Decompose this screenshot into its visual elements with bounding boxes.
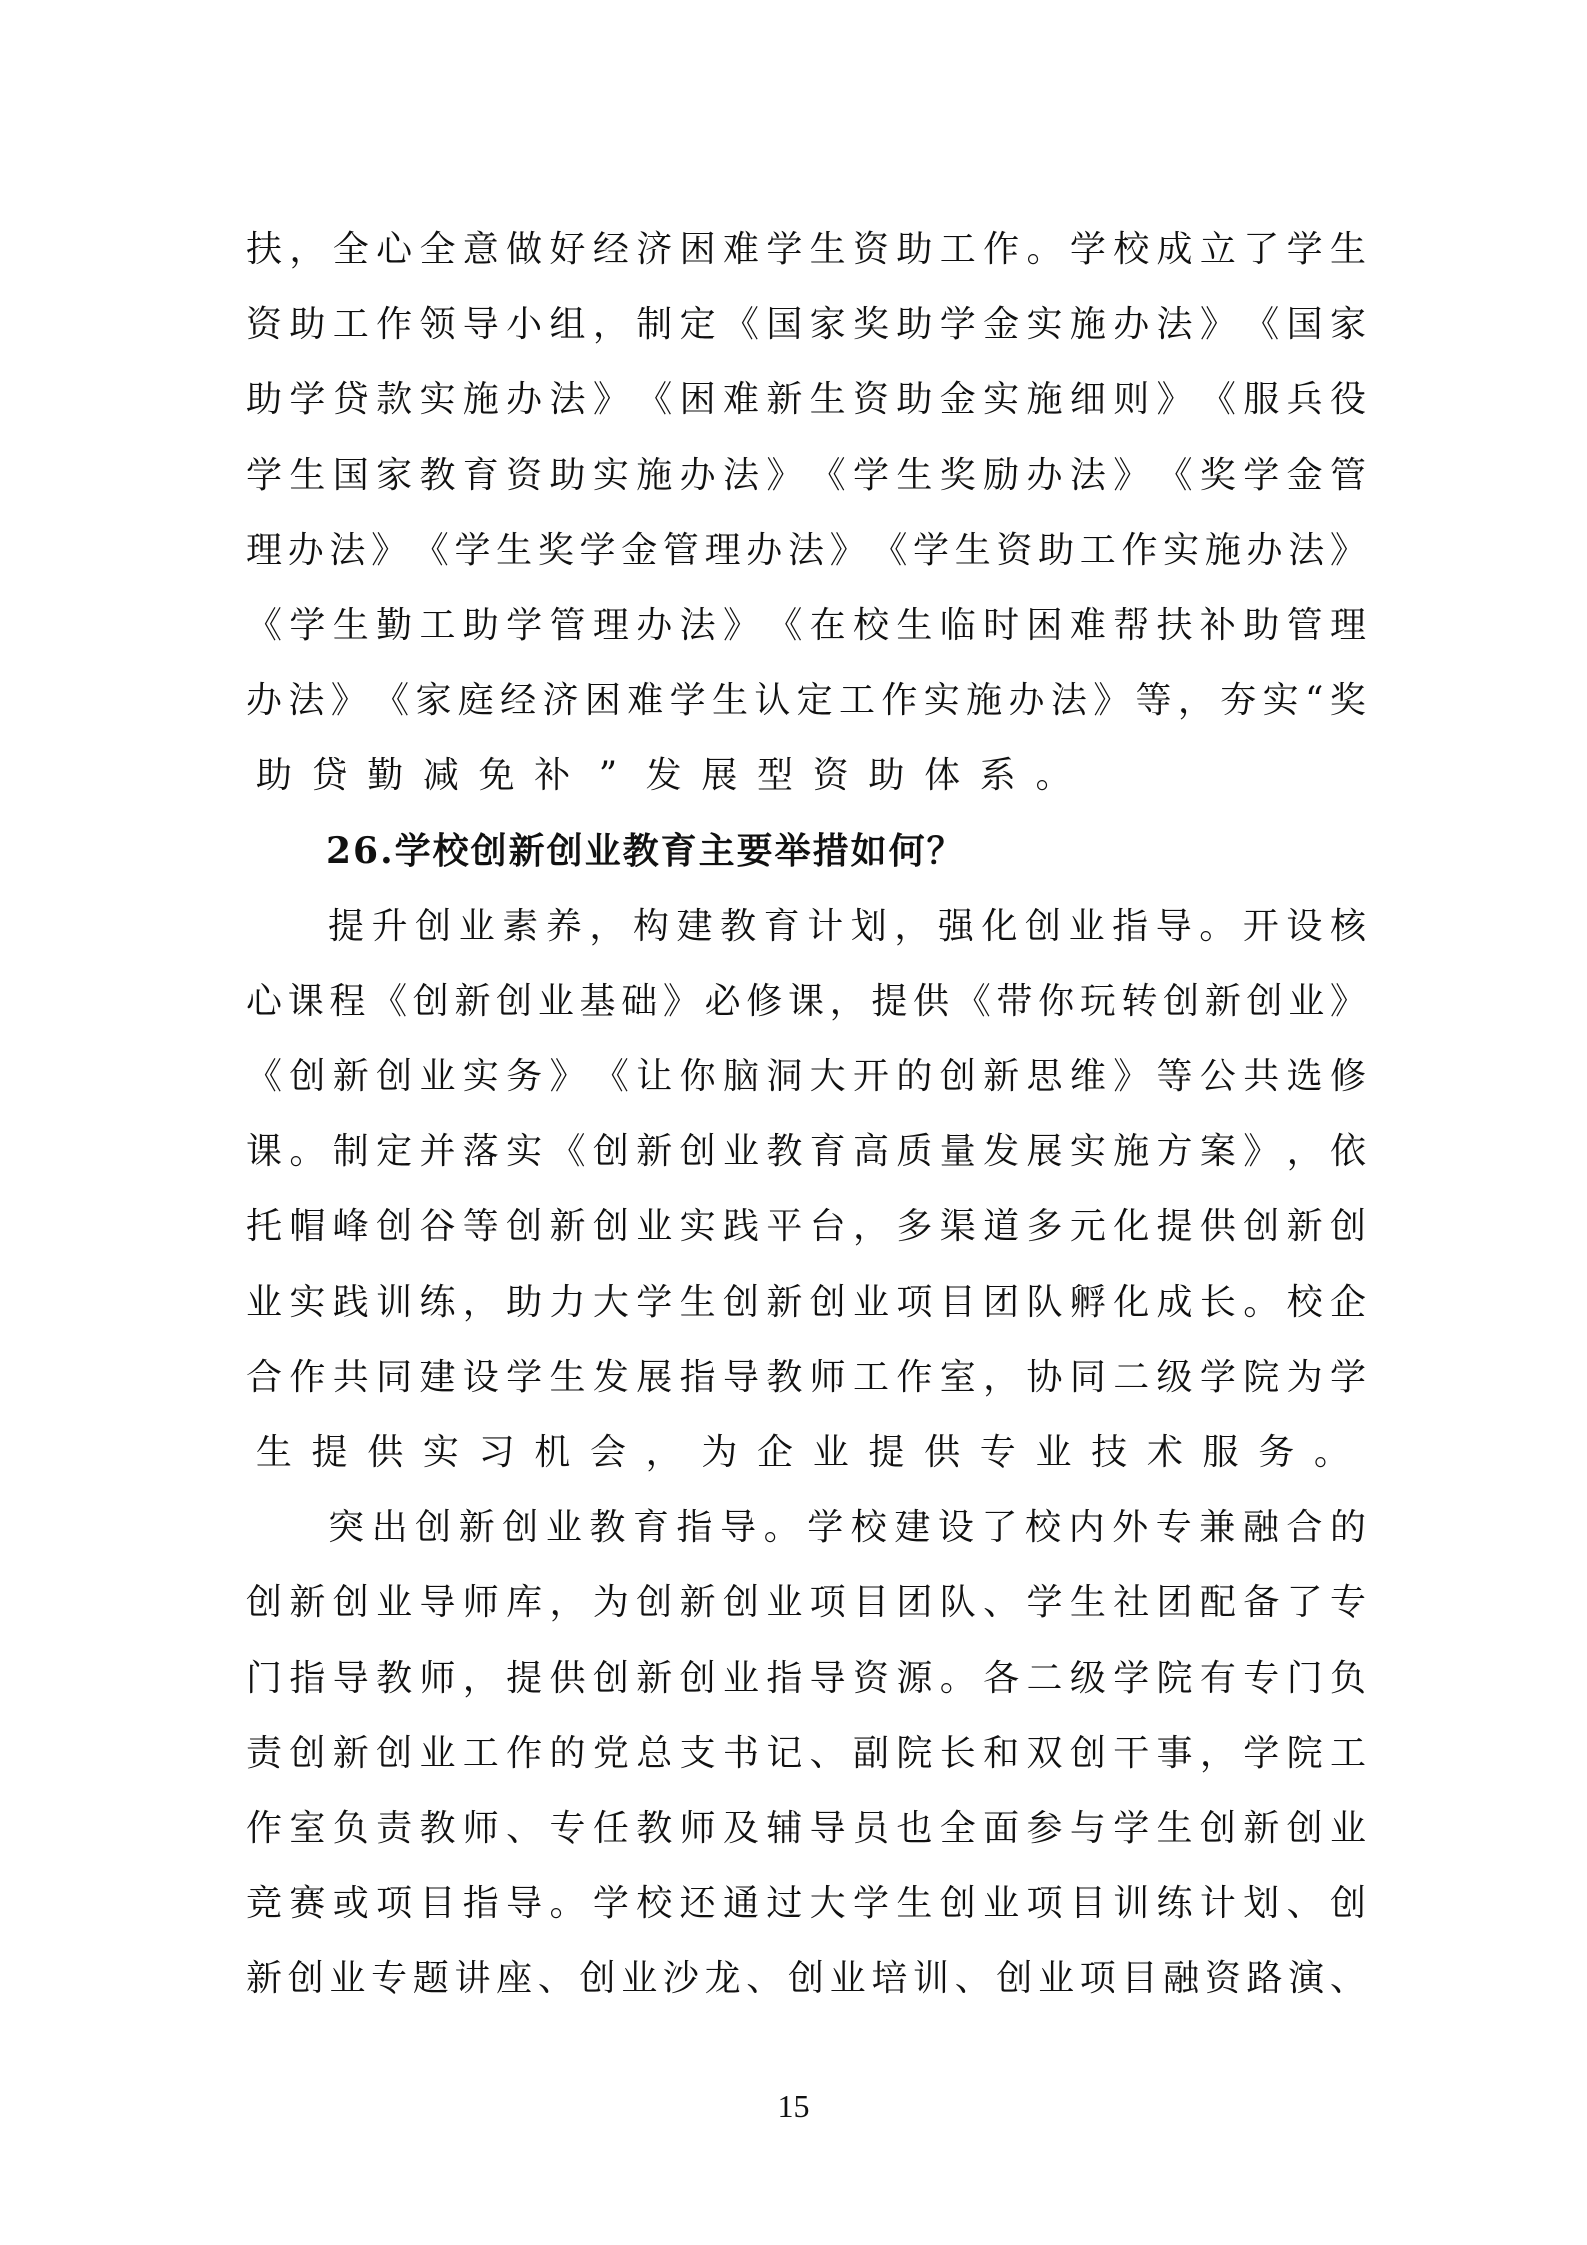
document-page: 扶，全心全意做好经济困难学生资助工作。学校成立了学生扶，全心全意做好经济困难学生… — [0, 0, 1587, 2245]
body-text: 扶，全心全意做好经济困难学生资助工作。学校成立了学生扶，全心全意做好经济困难学生… — [246, 212, 1366, 2017]
paragraph-line: 扶，全心全意做好经济困难学生资助工作。学校成立了学生扶，全心全意做好经济困难学生… — [246, 212, 1366, 287]
paragraph-line: 课。制定并落实《创新创业教育高质量发展实施方案》，依课。制定并落实《创新创业教育… — [246, 1114, 1366, 1189]
paragraph-line: 《学生勤工助学管理办法》《在校生临时困难帮扶补助管理《学生勤工助学管理办法》《在… — [246, 588, 1366, 663]
paragraph-line: 门指导教师，提供创新创业指导资源。各二级学院有专门负门指导教师，提供创新创业指导… — [246, 1641, 1366, 1716]
paragraph-line: 责创新创业工作的党总支书记、副院长和双创干事，学院工责创新创业工作的党总支书记、… — [246, 1716, 1366, 1791]
paragraph-line: 生提供实习机会，为企业提供专业技术服务。生提供实习机会，为企业提供专业技术服务。 — [246, 1415, 1366, 1490]
paragraph-line: 办法》《家庭经济困难学生认定工作实施办法》等，夯实“奖办法》《家庭经济困难学生认… — [246, 663, 1366, 738]
page-number: 15 — [0, 2088, 1587, 2125]
paragraph-line: 资助工作领导小组，制定《国家奖助学金实施办法》《国家资助工作领导小组，制定《国家… — [246, 287, 1366, 362]
paragraph-line: 竞赛或项目指导。学校还通过大学生创业项目训练计划、创竞赛或项目指导。学校还通过大… — [246, 1866, 1366, 1941]
paragraph-first-line: 突出创新创业教育指导。学校建设了校内外专兼融合的突出创新创业教育指导。学校建设了… — [246, 1490, 1366, 1565]
paragraph-line: 《创新创业实务》《让你脑洞大开的创新思维》等公共选修《创新创业实务》《让你脑洞大… — [246, 1039, 1366, 1114]
paragraph-line: 业实践训练，助力大学生创新创业项目团队孵化成长。校企业实践训练，助力大学生创新创… — [246, 1265, 1366, 1340]
paragraph-line: 学生国家教育资助实施办法》《学生奖励办法》《奖学金管学生国家教育资助实施办法》《… — [246, 438, 1366, 513]
paragraph-line: 托帽峰创谷等创新创业实践平台，多渠道多元化提供创新创托帽峰创谷等创新创业实践平台… — [246, 1189, 1366, 1264]
paragraph-line: 助贷勤减免补”发展型资助体系。助贷勤减免补”发展型资助体系。 — [246, 738, 1366, 813]
paragraph-line: 新创业专题讲座、创业沙龙、创业培训、创业项目融资路演、新创业专题讲座、创业沙龙、… — [246, 1941, 1366, 2016]
paragraph-line: 创新创业导师库，为创新创业项目团队、学生社团配备了专创新创业导师库，为创新创业项… — [246, 1565, 1366, 1640]
paragraph-line: 助学贷款实施办法》《困难新生资助金实施细则》《服兵役助学贷款实施办法》《困难新生… — [246, 362, 1366, 437]
section-heading: 26.学校创新创业教育主要举措如何？ — [246, 814, 1366, 889]
paragraph-line: 理办法》《学生奖学金管理办法》《学生资助工作实施办法》理办法》《学生奖学金管理办… — [246, 513, 1366, 588]
paragraph-first-line: 提升创业素养，构建教育计划，强化创业指导。开设核提升创业素养，构建教育计划，强化… — [246, 889, 1366, 964]
heading-text: 26.学校创新创业教育主要举措如何？ — [326, 814, 965, 889]
paragraph-line: 作室负责教师、专任教师及辅导员也全面参与学生创新创业作室负责教师、专任教师及辅导… — [246, 1791, 1366, 1866]
paragraph-line: 心课程《创新创业基础》必修课，提供《带你玩转创新创业》心课程《创新创业基础》必修… — [246, 964, 1366, 1039]
paragraph-line: 合作共同建设学生发展指导教师工作室，协同二级学院为学合作共同建设学生发展指导教师… — [246, 1340, 1366, 1415]
